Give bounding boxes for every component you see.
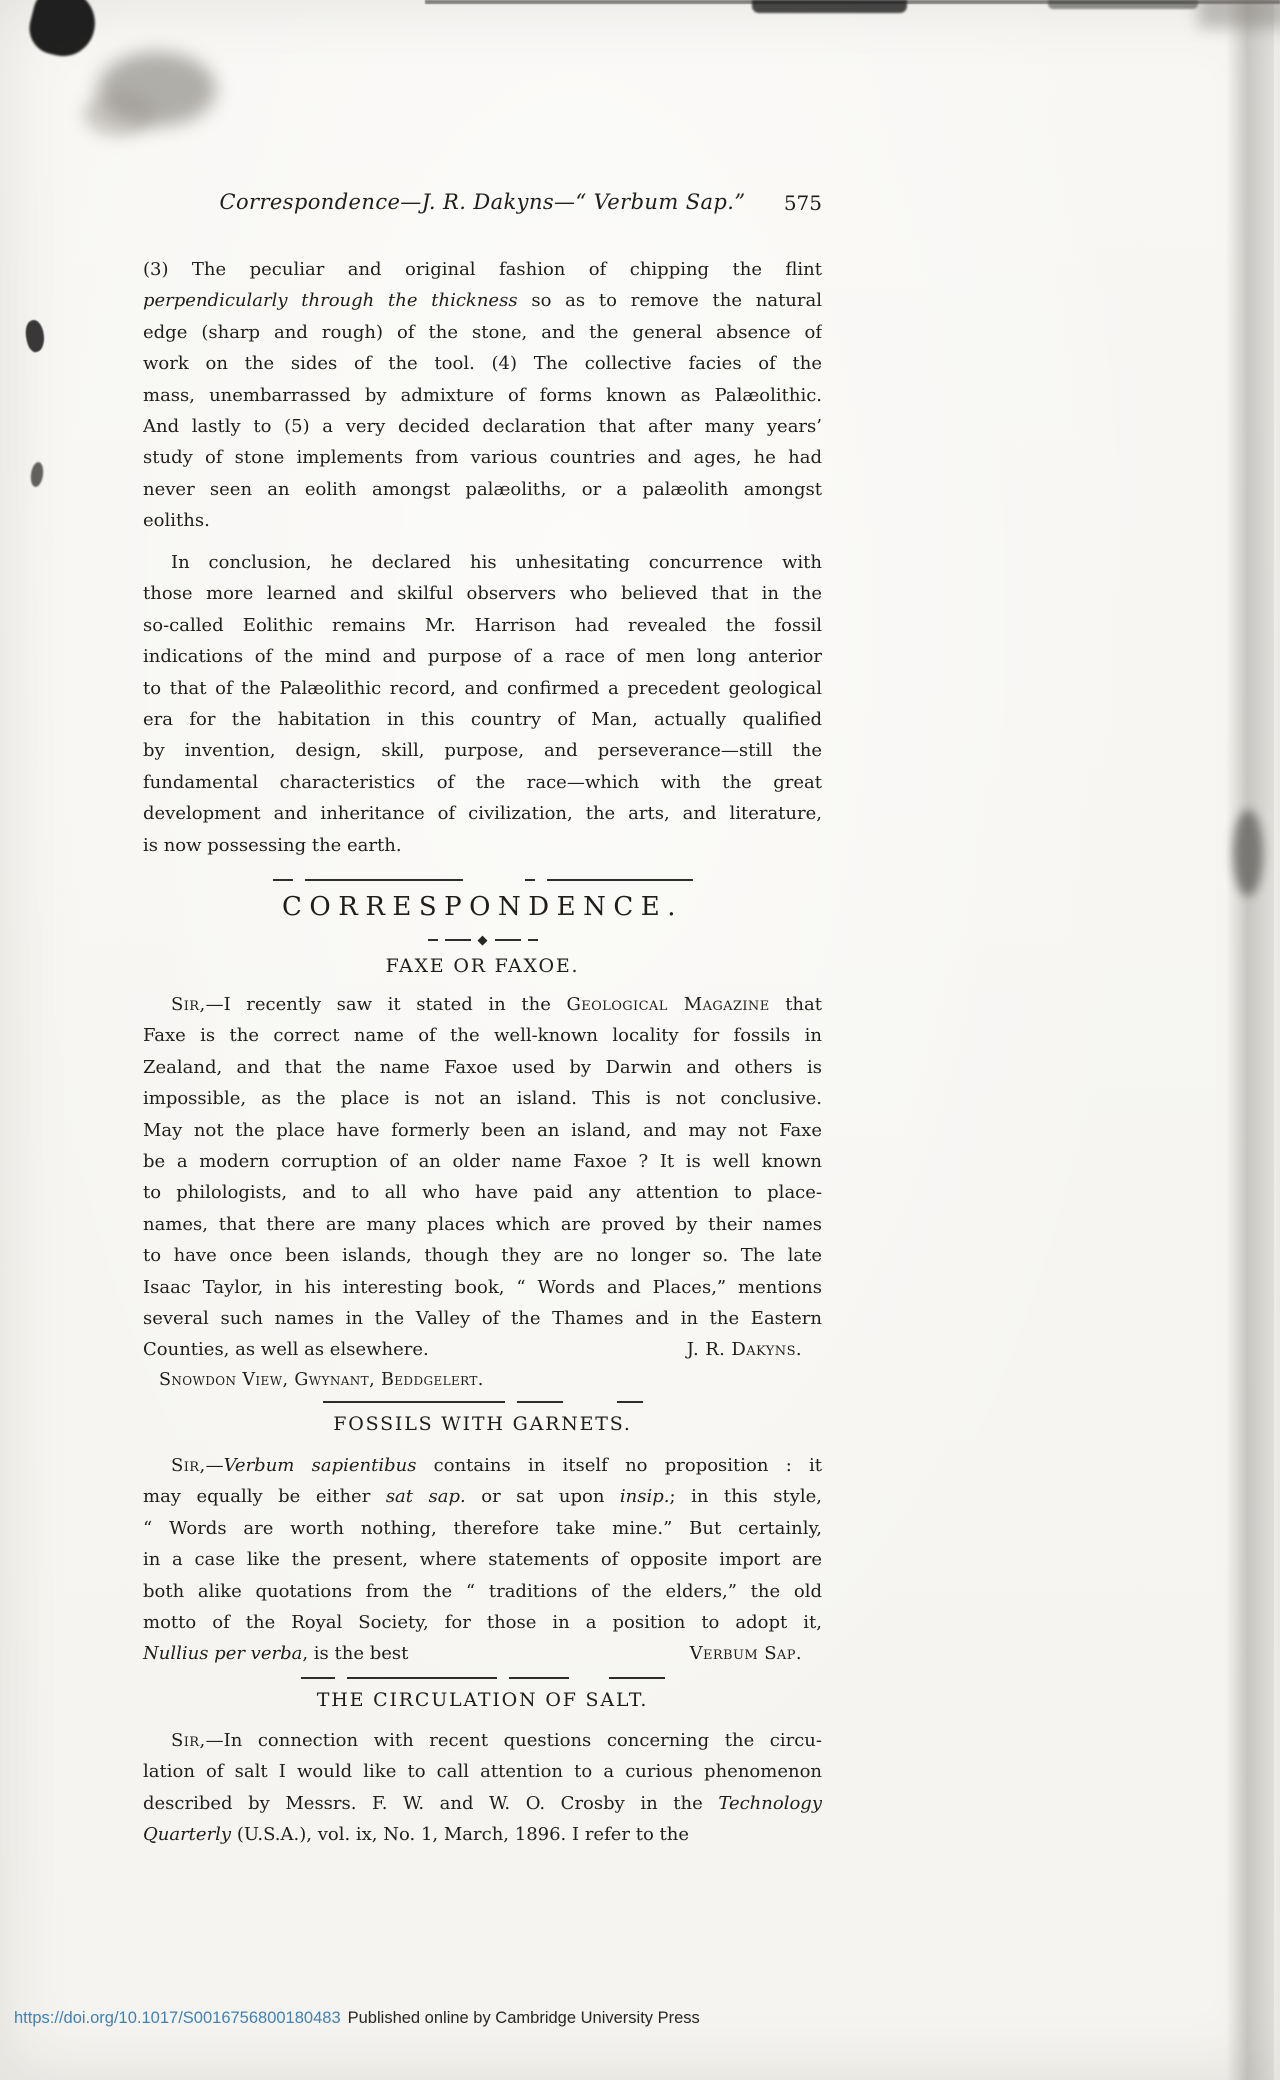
text-line: Nullius per verba, is the bestVerbum Sap… <box>143 1638 822 1669</box>
doi-link[interactable]: https://doi.org/10.1017/S001675680018048… <box>14 2009 341 2027</box>
text-line: Sir,—I recently saw it stated in the Geo… <box>143 989 822 1020</box>
text-line: May not the place have formerly been an … <box>143 1115 822 1146</box>
smudge-artifact <box>84 92 154 136</box>
text-line: those more learned and skilful observers… <box>143 578 822 609</box>
text-line: fundamental characteristics of the race—… <box>143 767 822 798</box>
ink-speck-artifact <box>29 461 44 487</box>
text-line: in a case like the present, where statem… <box>143 1544 822 1575</box>
text-line: Quarterly (U.S.A.), vol. ix, No. 1, Marc… <box>143 1819 822 1850</box>
ink-blot-artifact <box>24 0 102 63</box>
scan-edge-artifact <box>752 0 907 13</box>
page-number: 575 <box>784 191 822 215</box>
text-line: both alike quotations from the “ traditi… <box>143 1576 822 1607</box>
text-line: mass, unembarrassed by admixture of form… <box>143 380 822 411</box>
text-line: names, that there are many places which … <box>143 1209 822 1240</box>
scan-edge-artifact <box>425 0 1280 4</box>
scanned-page: Correspondence—J. R. Dakyns—“ Verbum Sap… <box>0 0 1280 2080</box>
correspondence-section-title: CORRESPONDENCE. <box>143 890 822 924</box>
text-line: to philologists, and to all who have pai… <box>143 1177 822 1208</box>
letter-address: Snowdon View, Gwynant, Beddgelert. <box>143 1367 838 1393</box>
text-line: Counties, as well as elsewhere.J. R. Dak… <box>143 1334 822 1365</box>
text-line: perpendicularly through the thickness so… <box>143 285 822 316</box>
scan-shadow-artifact <box>1233 810 1263 896</box>
text-line: Isaac Taylor, in his interesting book, “… <box>143 1272 822 1303</box>
diamond-ornament-icon: ◆ <box>478 934 488 947</box>
text-line: lation of salt I would like to call atte… <box>143 1756 822 1787</box>
letter-body-salt: Sir,—In connection with recent questions… <box>143 1725 822 1851</box>
text-line: may equally be either sat sap. or sat up… <box>143 1481 822 1512</box>
scan-shadow-artifact <box>1226 0 1274 2080</box>
text-line: In conclusion, he declared his unhesitat… <box>143 547 822 578</box>
ink-speck-artifact <box>23 318 47 353</box>
section-divider <box>143 877 822 883</box>
text-line: impossible, as the place is not an islan… <box>143 1083 822 1114</box>
text-line: Faxe is the correct name of the well-kno… <box>143 1020 822 1051</box>
text-line: be a modern corruption of an older name … <box>143 1146 822 1177</box>
text-line: development and inheritance of civilizat… <box>143 798 822 829</box>
scan-edge-artifact <box>1048 0 1198 9</box>
published-note: Published online by Cambridge University… <box>348 2009 700 2027</box>
text-line: study of stone implements from various c… <box>143 442 822 473</box>
scan-edge-artifact <box>1198 0 1280 28</box>
text-line: Zealand, and that the name Faxoe used by… <box>143 1052 822 1083</box>
letter-body-garnets: Sir,—Verbum sapientibus contains in itse… <box>143 1450 822 1670</box>
letter-body-faxe: Sir,—I recently saw it stated in the Geo… <box>143 989 822 1366</box>
text-line: never seen an eolith amongst palæoliths,… <box>143 474 822 505</box>
page-header: Correspondence—J. R. Dakyns—“ Verbum Sap… <box>143 190 822 224</box>
letter-title-faxe: FAXE OR FAXOE. <box>143 953 822 979</box>
section-divider <box>143 1399 822 1405</box>
text-line: indications of the mind and purpose of a… <box>143 641 822 672</box>
smudge-artifact <box>98 52 216 126</box>
letter-title-garnets: FOSSILS WITH GARNETS. <box>143 1411 822 1437</box>
letter-title-salt: THE CIRCULATION OF SALT. <box>143 1687 822 1713</box>
text-line: by invention, design, skill, purpose, an… <box>143 735 822 766</box>
text-line: is now possessing the earth. <box>143 830 822 861</box>
paragraph-conclusion: In conclusion, he declared his unhesitat… <box>143 547 822 861</box>
text-line: era for the habitation in this country o… <box>143 704 822 735</box>
text-line: (3) The peculiar and original fashion of… <box>143 254 822 285</box>
text-line: Sir,—Verbum sapientibus contains in itse… <box>143 1450 822 1481</box>
footer: https://doi.org/10.1017/S001675680018048… <box>14 2009 700 2028</box>
text-line: to that of the Palæolithic record, and c… <box>143 673 822 704</box>
text-line: edge (sharp and rough) of the stone, and… <box>143 317 822 348</box>
text-line: eoliths. <box>143 505 822 536</box>
text-line: so-called Eolithic remains Mr. Harrison … <box>143 610 822 641</box>
text-line: described by Messrs. F. W. and W. O. Cro… <box>143 1788 822 1819</box>
text-line: “ Words are worth nothing, therefore tak… <box>143 1513 822 1544</box>
paragraph-eolith-points: (3) The peculiar and original fashion of… <box>143 254 822 537</box>
text-line: And lastly to (5) a very decided declara… <box>143 411 822 442</box>
text-line: work on the sides of the tool. (4) The c… <box>143 348 822 379</box>
text-line: Sir,—In connection with recent questions… <box>143 1725 822 1756</box>
running-title: Correspondence—J. R. Dakyns—“ Verbum Sap… <box>143 190 822 214</box>
heading-ornament: ◆ <box>143 932 822 948</box>
text-line: several such names in the Valley of the … <box>143 1303 822 1334</box>
section-divider <box>143 1675 822 1681</box>
text-line: motto of the Royal Society, for those in… <box>143 1607 822 1638</box>
text-line: to have once been islands, though they a… <box>143 1240 822 1271</box>
